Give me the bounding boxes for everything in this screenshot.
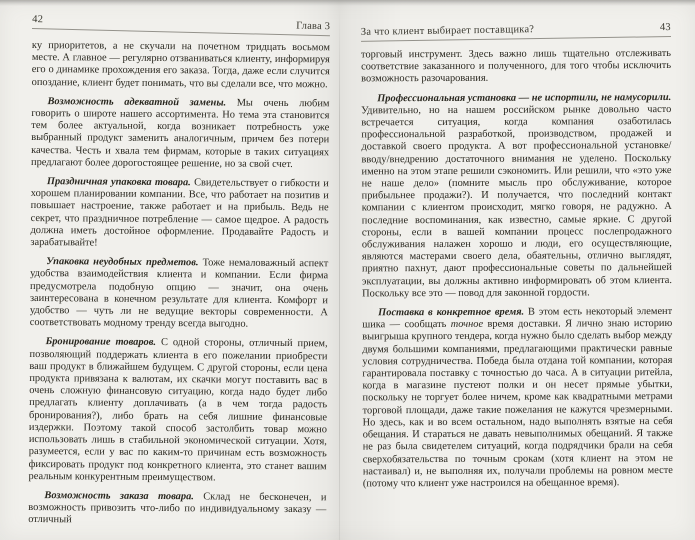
paragraph-lead: Поставка в конкретное время. — [378, 307, 528, 319]
paragraph-lead: Праздничная упаковка товара. — [47, 176, 194, 188]
right-body-text: торговый инструмент. Здесь важно лишь тщ… — [361, 48, 673, 490]
paragraph: Возможность адекватной замены. Мы очень … — [31, 96, 330, 172]
right-page-number: 43 — [660, 22, 671, 33]
left-running-header: 42 Глава 3 — [32, 14, 330, 36]
book-scan: { "left_page": { "page_number": "42", "r… — [0, 0, 695, 540]
right-running-header: За что клиент выбирает поставщика? 43 — [361, 22, 671, 42]
paragraph-text: Тоже немаловажный аспект удобства взаимо… — [30, 258, 329, 330]
paragraph: ку приоритетов, а не скучали на почетном… — [32, 40, 330, 91]
paragraph: Бронирование товаров. С одной стороны, о… — [29, 336, 328, 485]
paragraph-lead: Возможность адекватной замены. — [47, 96, 236, 108]
paragraph-lead: Бронирование товаров. — [46, 337, 161, 349]
paragraph: торговый инструмент. Здесь важно лишь тщ… — [361, 48, 671, 86]
left-running-head: Глава 3 — [296, 20, 330, 32]
paragraph-text: время доставки. Я лично знаю историю выи… — [362, 318, 673, 489]
paragraph: Поставка в конкретное время. В этом есть… — [362, 306, 673, 490]
paragraph-lead: Профессиональная установка — не испортил… — [377, 92, 671, 104]
paragraph-text: торговый инструмент. Здесь важно лишь тщ… — [361, 48, 671, 85]
paragraph: Праздничная упаковка товара. Свидетельст… — [30, 176, 329, 252]
paragraph-text: С одной стороны, отличный прием, позволя… — [29, 337, 328, 483]
page-left: 42 Глава 3 ку приоритетов, а не скучали … — [0, 0, 347, 540]
paragraph-text: ку приоритетов, а не скучали на почетном… — [32, 40, 330, 90]
right-running-head: За что клиент выбирает поставщика? — [361, 24, 534, 38]
left-body-text: ку приоритетов, а не скучали на почетном… — [28, 40, 330, 529]
paragraph: Возможность заказа товара. Склад не беск… — [28, 490, 326, 529]
paragraph-lead: Упаковка неудобных предметов. — [46, 256, 202, 268]
left-page-number: 42 — [32, 14, 43, 25]
emphasized-text: точное — [451, 319, 483, 330]
paragraph: Профессиональная установка — не испортил… — [361, 92, 672, 301]
paragraph-text: Удивительно, но на нашем российском рынк… — [361, 104, 672, 299]
page-right: За что клиент выбирает поставщика? 43 то… — [347, 0, 695, 540]
paragraph-text: Мы очень любим говорить о широте нашего … — [31, 97, 330, 169]
paragraph-lead: Возможность заказа товара. — [44, 490, 203, 502]
paragraph: Упаковка неудобных предметов. Тоже немал… — [30, 256, 329, 332]
